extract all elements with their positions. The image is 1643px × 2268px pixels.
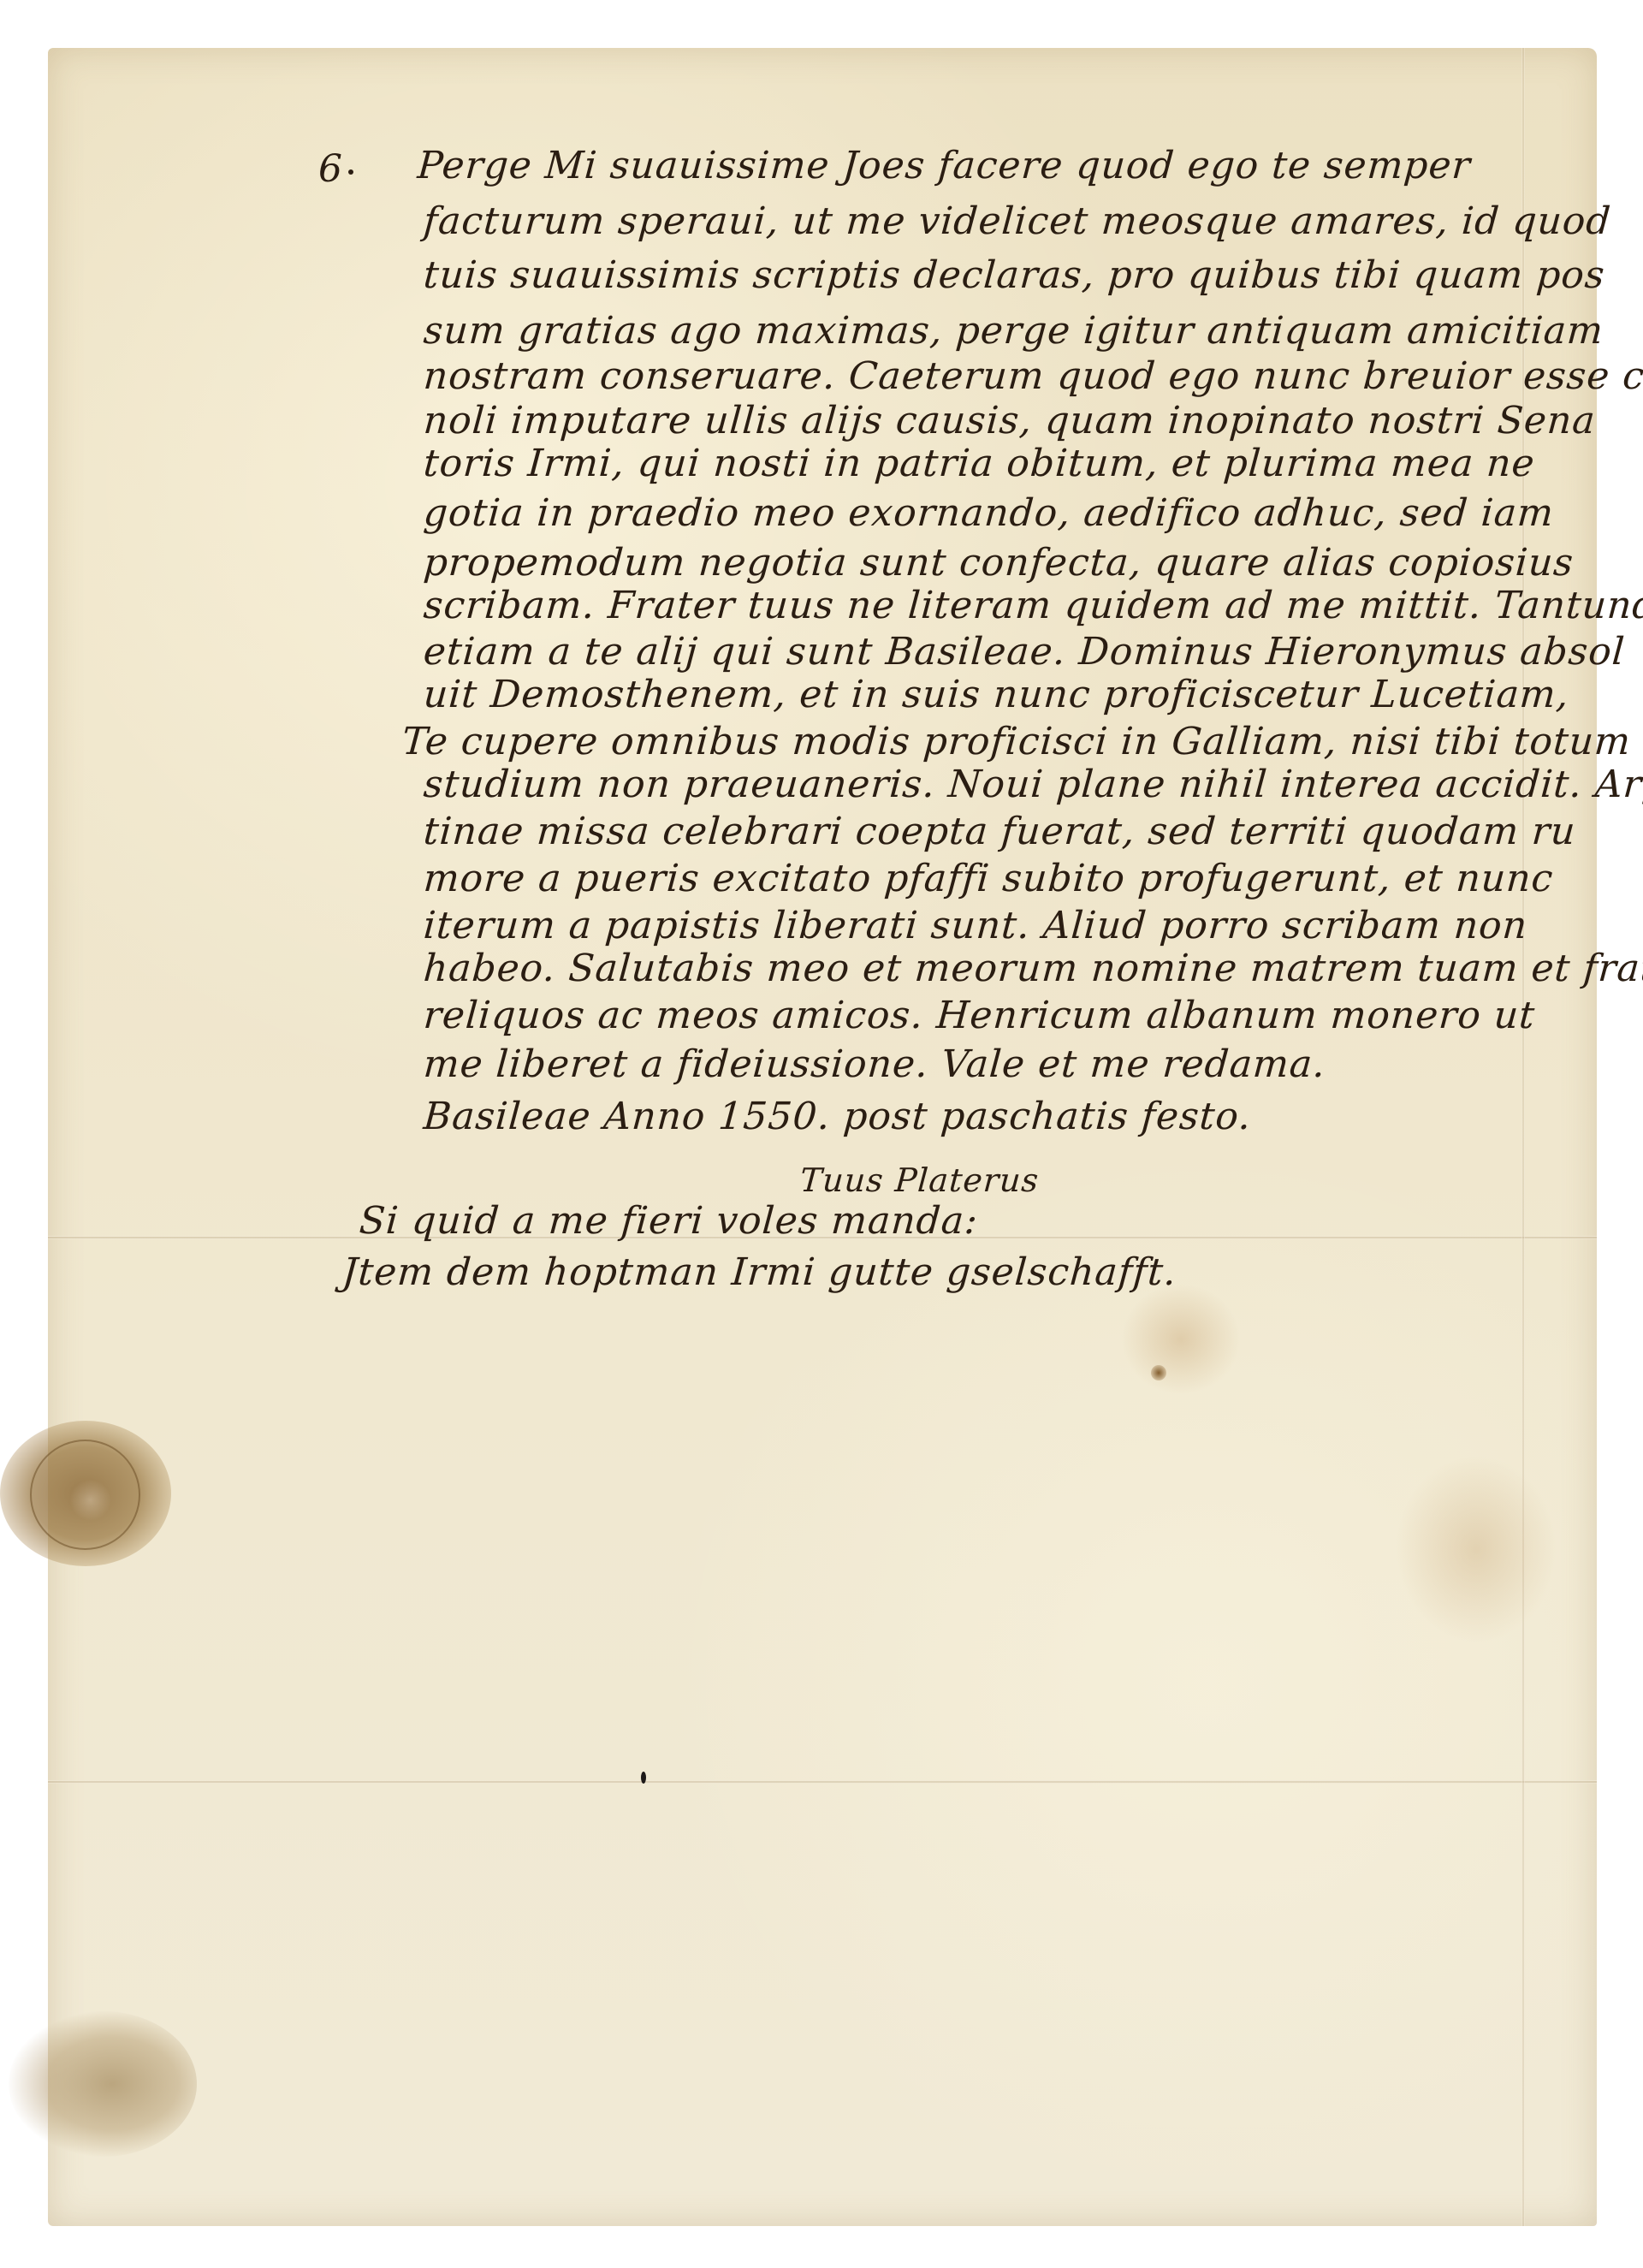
pinhole: [641, 1772, 646, 1784]
body-line: Te cupere omnibus modis proficisci in Ga…: [400, 723, 1632, 761]
wax-seal-remnant: [0, 1421, 171, 1566]
body-line: studium non praeuaneris. Noui plane nihi…: [422, 766, 1643, 804]
ink-spot: [1151, 1365, 1166, 1380]
date-line: Basileae Anno 1550. post paschatis festo…: [422, 1098, 1252, 1136]
wax-seal-stain: [9, 2011, 197, 2157]
body-line: toris Irmi, qui nosti in patria obitum, …: [422, 445, 1536, 483]
body-line: nostram conseruare. Caeterum quod ego nu…: [422, 358, 1643, 395]
body-line: etiam a te alij qui sunt Basileae. Domin…: [422, 633, 1626, 671]
body-line: facturum speraui, ut me videlicet meosqu…: [422, 203, 1612, 240]
folio-marker: 6: [318, 147, 353, 191]
body-line: tuis suauissimis scriptis declaras, pro …: [422, 257, 1606, 294]
body-line: scribam. Frater tuus ne literam quidem a…: [422, 587, 1643, 625]
body-line: noli imputare ullis alijs causis, quam i…: [422, 402, 1597, 440]
body-line: me liberet a fideiussione. Vale et me re…: [422, 1046, 1326, 1084]
fold-line-horizontal: [48, 1780, 1597, 1784]
body-line: reliquos ac meos amicos. Henricum albanu…: [422, 997, 1536, 1035]
postscript-line: Jtem dem hoptman Irmi gutte gselschafft.: [341, 1254, 1177, 1291]
body-line: sum gratias ago maximas, perge igitur an…: [422, 312, 1604, 350]
body-line: habeo. Salutabis meo et meorum nomine ma…: [422, 950, 1643, 988]
body-line: uit Demosthenem, et in suis nunc profici…: [422, 676, 1570, 714]
body-line: Perge Mi suauissime Joes facere quod ego…: [416, 147, 1472, 185]
body-line: gotia in praedio meo exornando, aedifico…: [422, 495, 1555, 532]
water-stain: [1121, 1284, 1241, 1395]
body-line: propemodum negotia sunt confecta, quare …: [422, 544, 1575, 582]
body-line: iterum a papistis liberati sunt. Aliud p…: [422, 907, 1528, 945]
body-line: more a pueris excitato pfaffi subito pro…: [422, 860, 1554, 898]
water-stain: [1395, 1455, 1557, 1643]
signature: Tuus Platerus: [799, 1164, 1041, 1196]
body-line: tinae missa celebrari coepta fuerat, sed…: [422, 813, 1577, 851]
postscript-line: Si quid a me fieri voles manda:: [358, 1202, 979, 1240]
